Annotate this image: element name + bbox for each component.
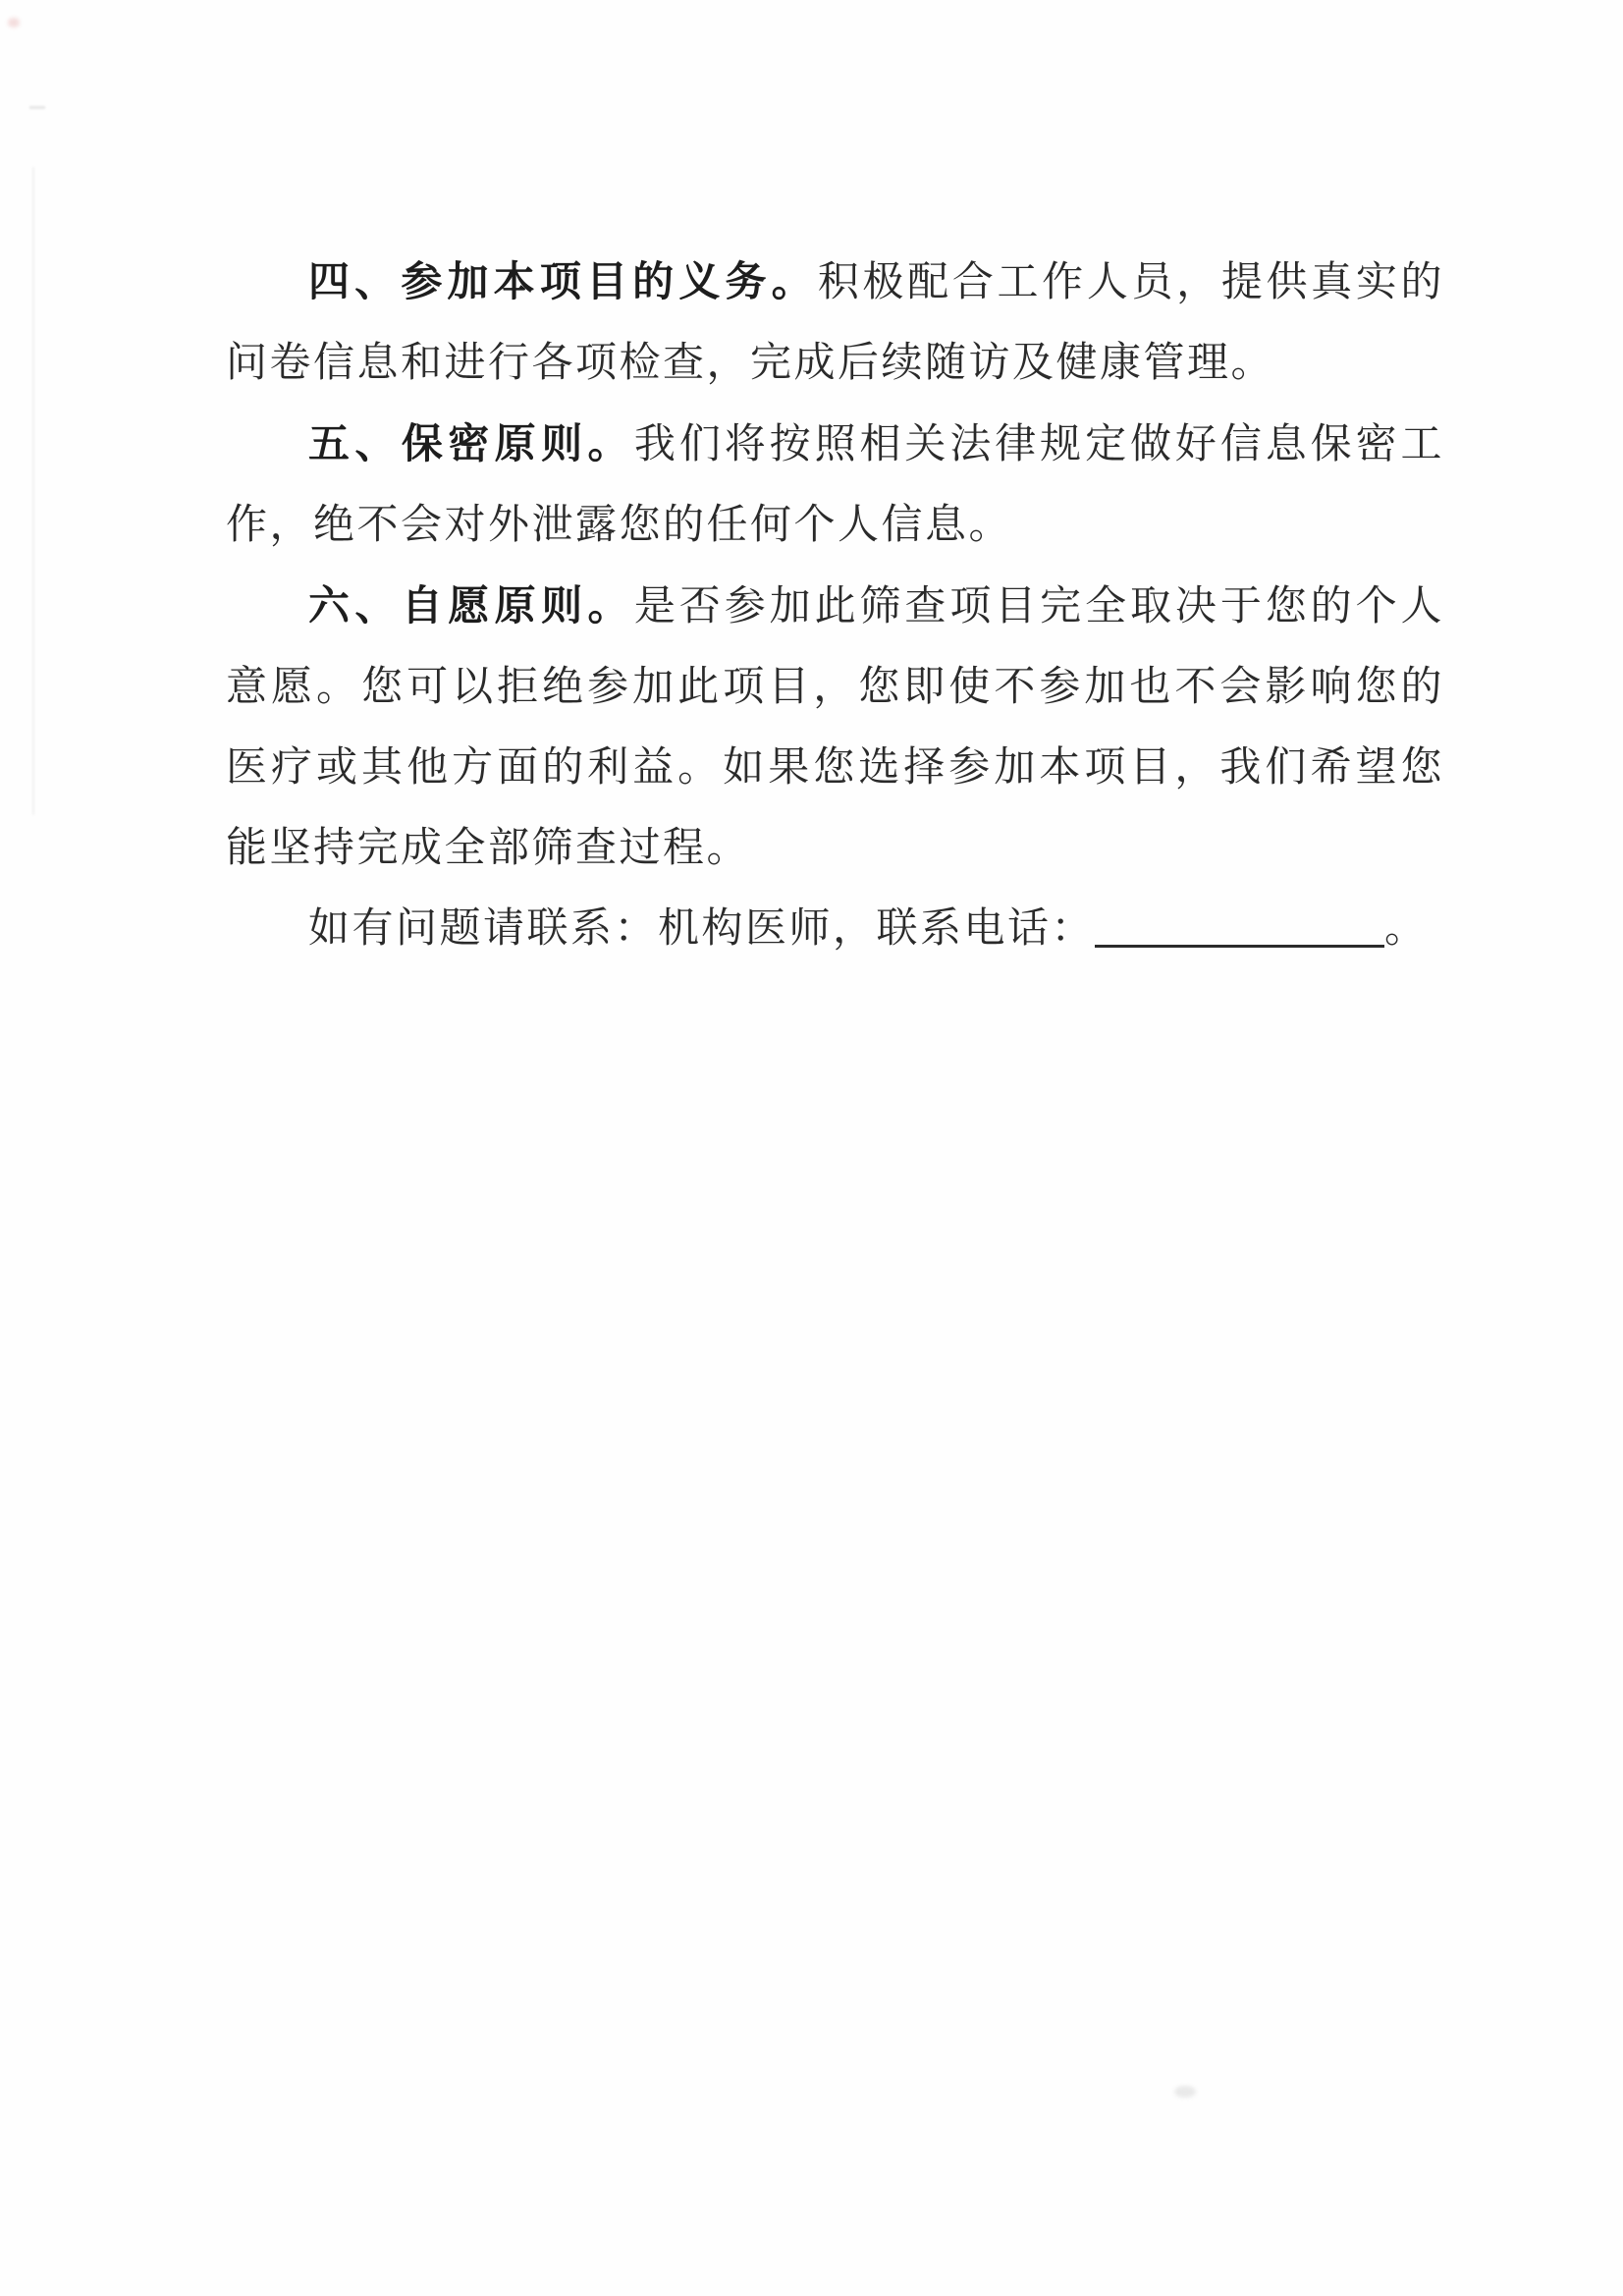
section-heading-confidentiality: 五、保密原则。	[308, 420, 634, 466]
document-page: 四、参加本项目的义务。积极配合工作人员，提供真实的问卷信息和进行各项检查，完成后…	[0, 0, 1623, 2296]
scan-artifact-pink	[8, 18, 20, 27]
paragraph-obligations: 四、参加本项目的义务。积极配合工作人员，提供真实的问卷信息和进行各项检查，完成后…	[226, 242, 1444, 404]
paragraph-voluntary: 六、自愿原则。是否参加此筛查项目完全取决于您的个人意愿。您可以拒绝参加此项目，您…	[226, 566, 1444, 889]
paragraph-confidentiality: 五、保密原则。我们将按照相关法律规定做好信息保密工作，绝不会对外泄露您的任何个人…	[226, 404, 1444, 566]
section-heading-obligations: 四、参加本项目的义务。	[308, 258, 818, 304]
scan-artifact-dash	[29, 106, 45, 109]
document-body: 四、参加本项目的义务。积极配合工作人员，提供真实的问卷信息和进行各项检查，完成后…	[226, 242, 1444, 969]
scan-artifact-streak	[32, 167, 34, 815]
section-heading-voluntary: 六、自愿原则。	[308, 582, 634, 629]
scan-artifact-smudge	[1174, 2086, 1196, 2098]
phone-blank-field	[1095, 945, 1384, 948]
contact-label: 如有问题请联系：机构医师，联系电话：	[308, 906, 1095, 952]
contact-line: 如有问题请联系：机构医师，联系电话：。	[226, 889, 1444, 969]
contact-suffix: 。	[1384, 906, 1429, 952]
